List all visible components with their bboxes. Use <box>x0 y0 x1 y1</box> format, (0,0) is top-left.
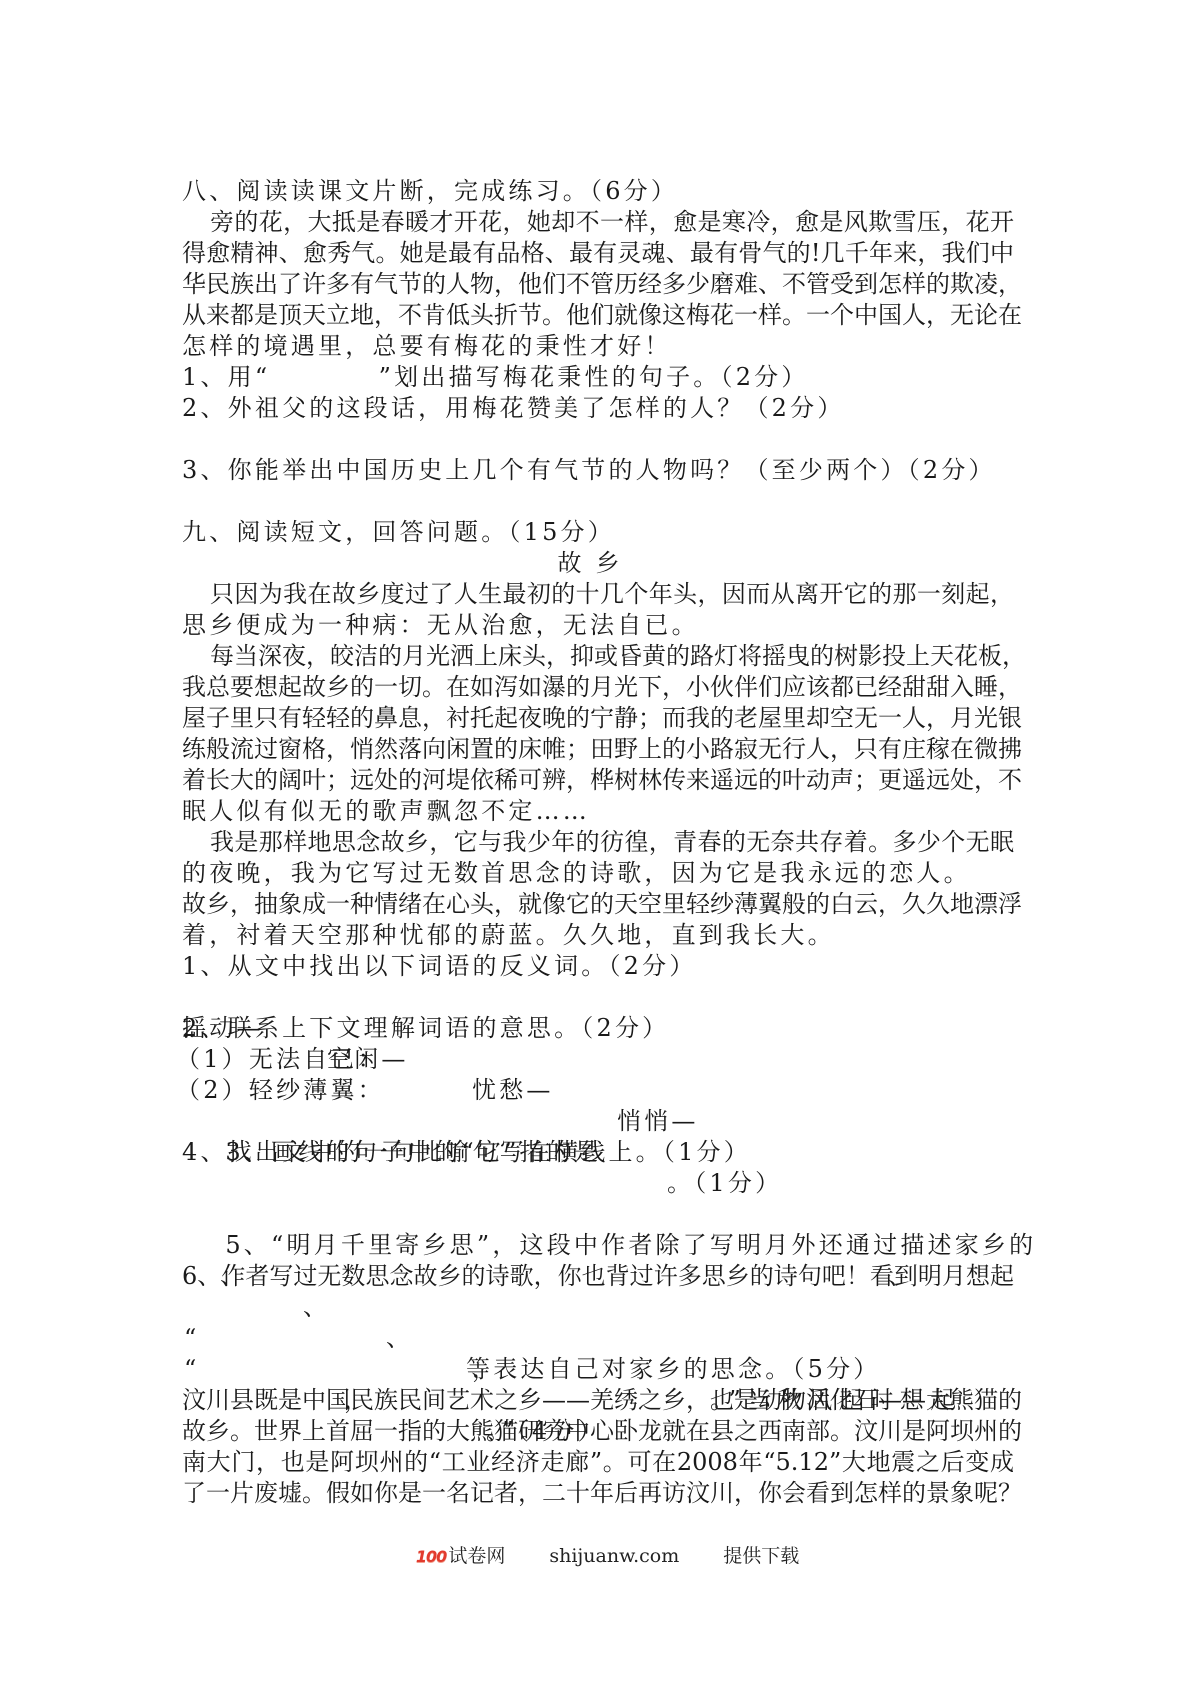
footer-note: 提供下载 <box>723 1545 799 1567</box>
writing-prompt-line: 南大门，也是阿坝州的“工业经济走廊”。可在2008年“5.12”大地震之后变成 <box>182 1447 1014 1478</box>
section-9-passage-line: 思乡便成为一种病：无从治愈，无法自已。 <box>182 610 1014 641</box>
question-2-item: （2）轻纱薄翼： <box>176 1075 1008 1106</box>
question-6-blank-line: “ ， 。”（4分） <box>182 1323 1014 1354</box>
section-9-heading: 九、阅读短文，回答问题。（15分） <box>182 517 1014 548</box>
section-9-passage-line: 练般流过窗格，悄然落向闲置的床帷；田野上的小路寂无行人，只有庄稼在微拂 <box>182 734 1014 765</box>
section-8-question-2: 2、外祖父的这段话，用梅花赞美了怎样的人？（2分） <box>182 393 1014 424</box>
section-8-passage-line: 从来都是顶天立地，不肯低头折节。他们就像这梅花一样。一个中国人，无论在 <box>182 300 1014 331</box>
exam-page: 八、阅读读课文片断，完成练习。（6分） 旁的花，大抵是春暖才开花，她却不一样，愈… <box>0 0 1191 1684</box>
section-8-question-3: 3、你能举出中国历史上几个有气节的人物吗？（至少两个）（2分） <box>182 455 1014 486</box>
section-9-passage-line: 着，衬着天空那种忧郁的蔚蓝。久久地，直到我长大。 <box>182 920 1014 951</box>
section-9-passage-line: 故乡，抽象成一种情绪在心头，就像它的天空里轻纱薄翼般的白云，久久地漂浮 <box>182 889 1014 920</box>
open-quote: “ <box>184 1354 199 1385</box>
section-9-question-5: 5、“明月千里寄乡思”，这段中作者除了写明月外还通过描述家乡的 、 <box>182 1199 1014 1230</box>
passage-title: 故乡 <box>0 548 1191 579</box>
question-5-tail: 等表达自己对家乡的思念。（5分） <box>466 1354 880 1385</box>
section-9-question-2: 2、联系上下文理解词语的意思。（2分） <box>182 1013 1014 1044</box>
section-8-heading: 八、阅读读课文片断，完成练习。（6分） <box>182 176 1014 207</box>
site-logo-icon: 100 <box>416 1547 446 1566</box>
antonym-row: 摇动— 空闲— 忧愁— 悄悄— <box>182 982 1014 1013</box>
site-domain[interactable]: shijuanw.com <box>549 1545 679 1567</box>
section-9-passage-line: 只因为我在故乡度过了人生最初的十几个年头，因而从离开它的那一刻起， <box>210 579 1014 610</box>
section-9-passage-line: 我总要想起故乡的一切。在如泻如瀑的月光下，小伙伴们应该都已经甜甜入睡， <box>182 672 1014 703</box>
section-9-question-5-cont: 、 、 、 等表达自己对家乡的思念。（5分） <box>182 1230 1014 1261</box>
section-9-passage-line: 眠人似有似无的歌声飘忽不定…… <box>182 796 1014 827</box>
question-3-tail: 。（1分） <box>667 1168 782 1199</box>
section-8-passage-line: 得愈精神、愈秀气。她是最有品格、最有灵魂、最有骨气的!几千年来，我们中 <box>182 238 1014 269</box>
section-9-passage-line: 的夜晚，我为它写过无数首思念的诗歌，因为它是我永远的恋人。 <box>182 858 1014 889</box>
page-footer: 100试卷网shijuanw.com提供下载 <box>0 1510 1191 1541</box>
section-8-passage-line: 旁的花，大抵是春暖才开花，她却不一样，愈是寒冷，愈是风欺雪压，花开 <box>210 207 1014 238</box>
section-9-question-1: 1、从文中找出以下词语的反义词。（2分） <box>182 951 1014 982</box>
section-8-question-1: 1、用“ ”划出描写梅花秉性的句子。（2分） <box>182 362 1014 393</box>
section-9-passage-line: 着长大的阔叶；远处的河堤依稀可辨，桦树林传来遥远的叶动声；更遥远处，不 <box>182 765 1014 796</box>
section-9-question-3: 3、画线的句子中的“它”指的是 。（1分） <box>182 1106 1014 1137</box>
section-9-question-6: 6、作者写过无数思念故乡的诗歌，你也背过许多思乡的诗句吧！看到明月想起 <box>182 1261 1014 1292</box>
writing-prompt-line: 汶川县既是中国民族民间艺术之乡——羌绣之乡，也是动物活化石——大熊猫的 <box>182 1385 1014 1416</box>
question-6-blank-line: “ ， 。”当秋风起时想起 <box>182 1292 1014 1323</box>
section-9-question-4: 4、找出文中的一句比喻句写在横线上。（1分） <box>182 1137 1014 1168</box>
section-8-passage-line: 怎样的境遇里，总要有梅花的秉性才好！ <box>182 331 1014 362</box>
writing-prompt-line: 了一片废墟。假如你是一名记者，二十年后再访汶川，你会看到怎样的景象呢？ <box>182 1478 1014 1509</box>
section-9-passage-line: 每当深夜，皎洁的月光洒上床头，抑或昏黄的路灯将摇曳的树影投上天花板， <box>210 641 1014 672</box>
writing-prompt-line: 故乡。世界上首屈一指的大熊猫研究中心卧龙就在县之西南部。汶川是阿坝州的 <box>182 1416 1014 1447</box>
section-9-passage-line: 屋子里只有轻轻的鼻息，衬托起夜晚的宁静；而我的老屋里却空无一人，月光银 <box>182 703 1014 734</box>
site-name: 试卷网 <box>448 1545 505 1567</box>
section-9-passage-line: 我是那样地思念故乡，它与我少年的彷徨，青春的无奈共存着。多少个无眠 <box>210 827 1014 858</box>
comma: ， <box>472 1354 499 1385</box>
question-2-item: （1）无法自已： <box>176 1044 1008 1075</box>
section-8-passage-line: 华民族出了许多有气节的人物，他们不管历经多少磨难、不管受到怎样的欺凌， <box>182 269 1014 300</box>
